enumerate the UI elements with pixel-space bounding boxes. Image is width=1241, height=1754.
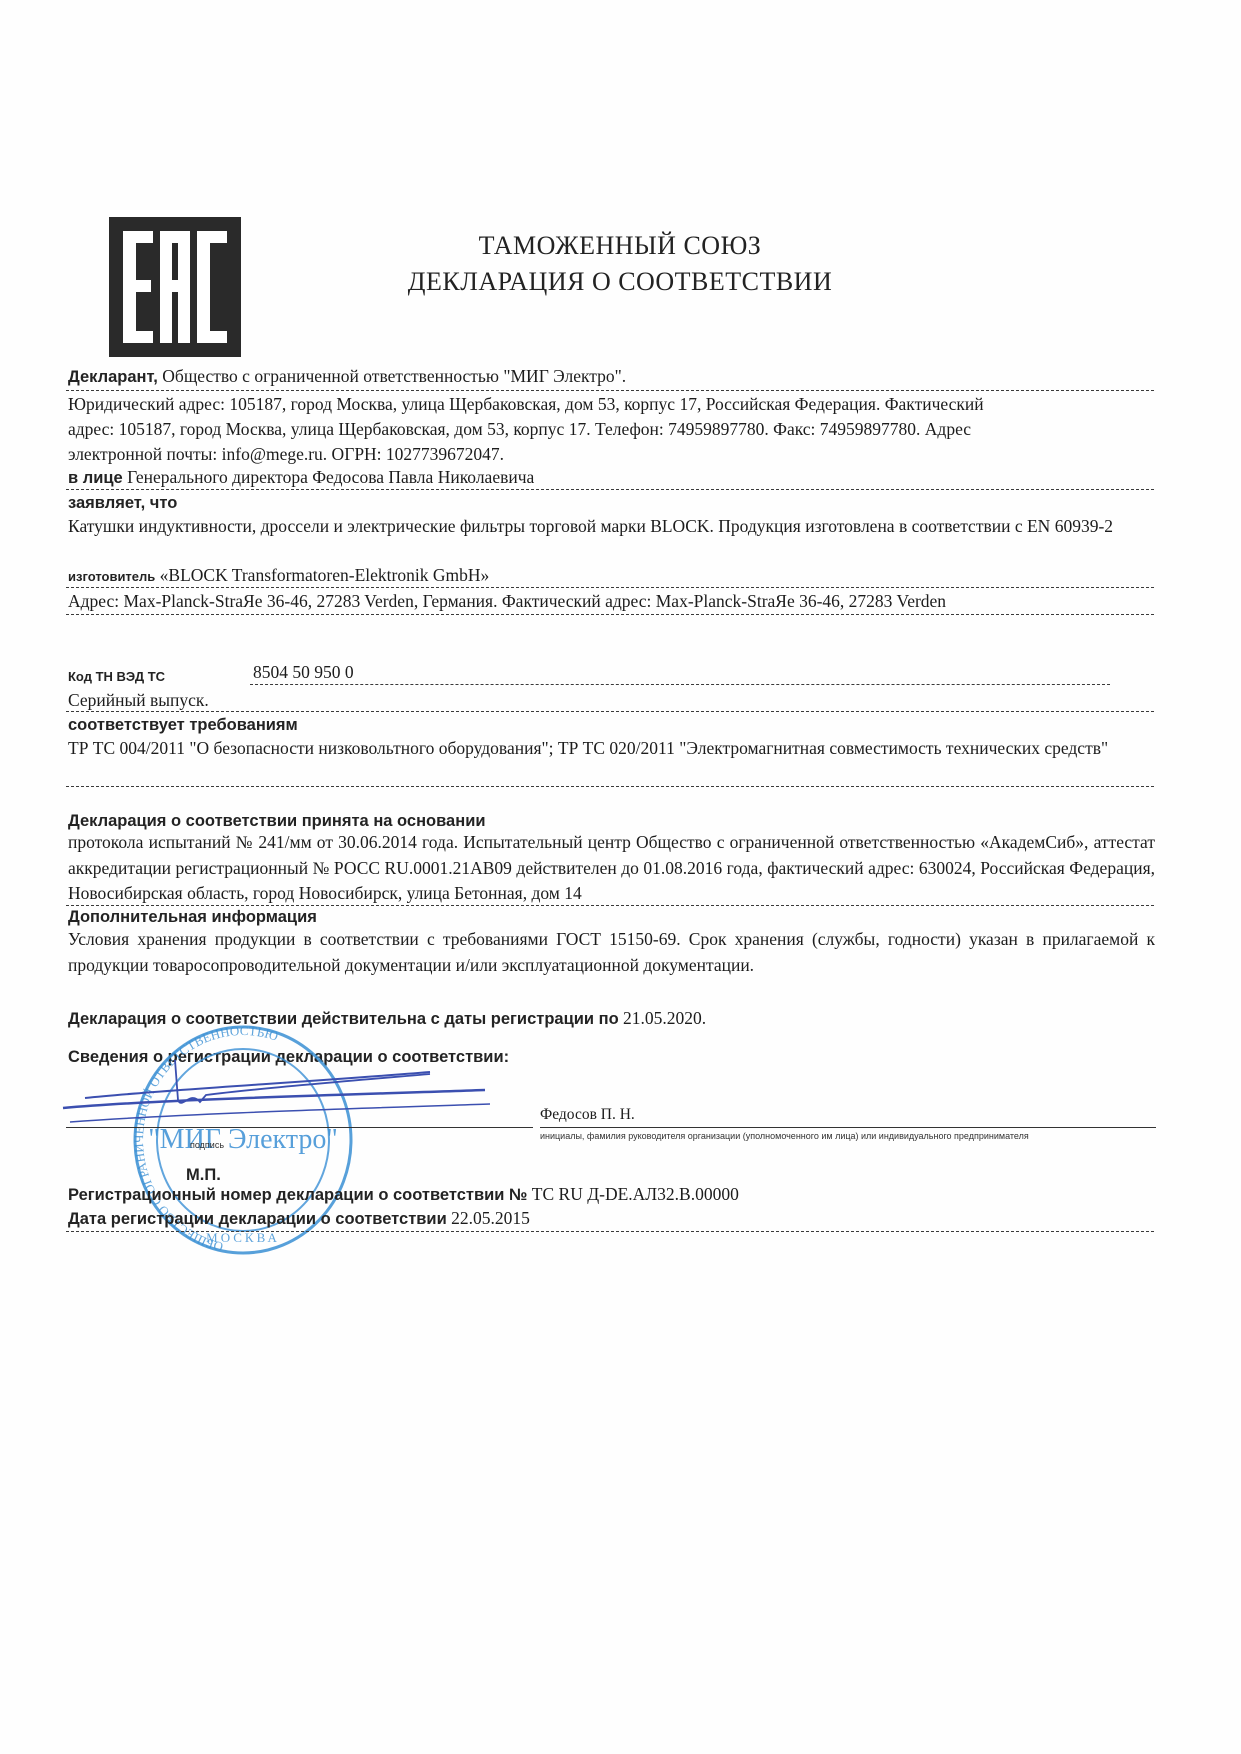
company-stamp: ОБЩЕСТВО С ОГРАНИЧЕННОЙ ОТВЕТСТВЕННОСТЬЮ… <box>128 1020 358 1270</box>
represented-row: в лице Генерального директора Федосова П… <box>68 465 1155 491</box>
manufacturer-name: «BLOCK Transformatoren-Elektronik GmbH» <box>160 565 490 585</box>
divider <box>66 587 1154 588</box>
document-title: ТАМОЖЕННЫЙ СОЮЗ ДЕКЛАРАЦИЯ О СООТВЕТСТВИ… <box>320 228 920 300</box>
divider <box>66 1231 1154 1232</box>
registration-date: 22.05.2015 <box>451 1208 530 1228</box>
name-caption: инициалы, фамилия руководителя организац… <box>540 1131 1029 1141</box>
hs-code-value: 8504 50 950 0 <box>253 660 1155 685</box>
declarant-address-2: адрес: 105187, город Москва, улица Щерба… <box>68 417 1155 442</box>
eac-logo <box>109 217 241 357</box>
divider <box>250 684 1110 685</box>
registration-number-label: Регистрационный номер декларации о соотв… <box>68 1186 527 1204</box>
declarant-name: Общество с ограниченной ответственностью… <box>162 366 626 386</box>
product-description: Катушки индуктивности, дроссели и электр… <box>68 513 1155 539</box>
divider <box>66 786 1154 787</box>
stamp-city-text: МОСКВА <box>206 1230 280 1245</box>
manufacturer-label: изготовитель <box>68 569 155 584</box>
serial-production: Серийный выпуск. <box>68 688 1155 713</box>
hs-code-label: Код ТН ВЭД ТС <box>68 669 165 684</box>
basis-label: Декларация о соответствии принята на осн… <box>68 812 485 830</box>
name-line <box>540 1127 1156 1128</box>
signature <box>60 1060 490 1130</box>
declarant-address-1: Юридический адрес: 105187, город Москва,… <box>68 392 1155 417</box>
declares-label: заявляет, что <box>68 494 177 512</box>
divider <box>66 614 1154 615</box>
signatory-name: Федосов П. Н. <box>540 1102 1155 1127</box>
registration-number: ТС RU Д-DE.АЛ32.В.00000 <box>532 1184 739 1204</box>
title-line-2: ДЕКЛАРАЦИЯ О СООТВЕТСТВИИ <box>320 264 920 300</box>
additional-text: Условия хранения продукции в соответстви… <box>68 926 1155 978</box>
requirements-label: соответствует требованиям <box>68 716 298 734</box>
manufacturer-row: изготовитель «BLOCK Transformatoren-Elek… <box>68 563 1155 589</box>
declaration-page: ТАМОЖЕННЫЙ СОЮЗ ДЕКЛАРАЦИЯ О СООТВЕТСТВИ… <box>0 0 1241 1754</box>
additional-label: Дополнительная информация <box>68 908 317 926</box>
represented-label: в лице <box>68 469 123 487</box>
validity-date: 21.05.2020. <box>623 1008 706 1028</box>
requirements-text: ТР ТС 004/2011 "О безопасности низковоль… <box>68 735 1155 761</box>
declarant-label: Декларант, <box>68 368 158 386</box>
registration-date-label: Дата регистрации декларации о соответств… <box>68 1210 447 1228</box>
registration-number-row: Регистрационный номер декларации о соотв… <box>68 1182 1155 1208</box>
basis-text: протокола испытаний № 241/мм от 30.06.20… <box>68 830 1155 907</box>
represented-by: Генерального директора Федосова Павла Ни… <box>127 467 534 487</box>
signature-line <box>66 1127 533 1128</box>
title-line-1: ТАМОЖЕННЫЙ СОЮЗ <box>320 228 920 264</box>
declarant-address-3: электронной почты: info@mege.ru. ОГРН: 1… <box>68 442 1155 467</box>
divider <box>66 390 1154 391</box>
signature-caption: подпись <box>190 1140 224 1150</box>
declarant-row: Декларант, Общество с ограниченной ответ… <box>68 364 1155 390</box>
registration-date-row: Дата регистрации декларации о соответств… <box>68 1206 1155 1232</box>
manufacturer-address: Адрес: Max-Planck-StraЯe 36-46, 27283 Ve… <box>68 589 1155 614</box>
